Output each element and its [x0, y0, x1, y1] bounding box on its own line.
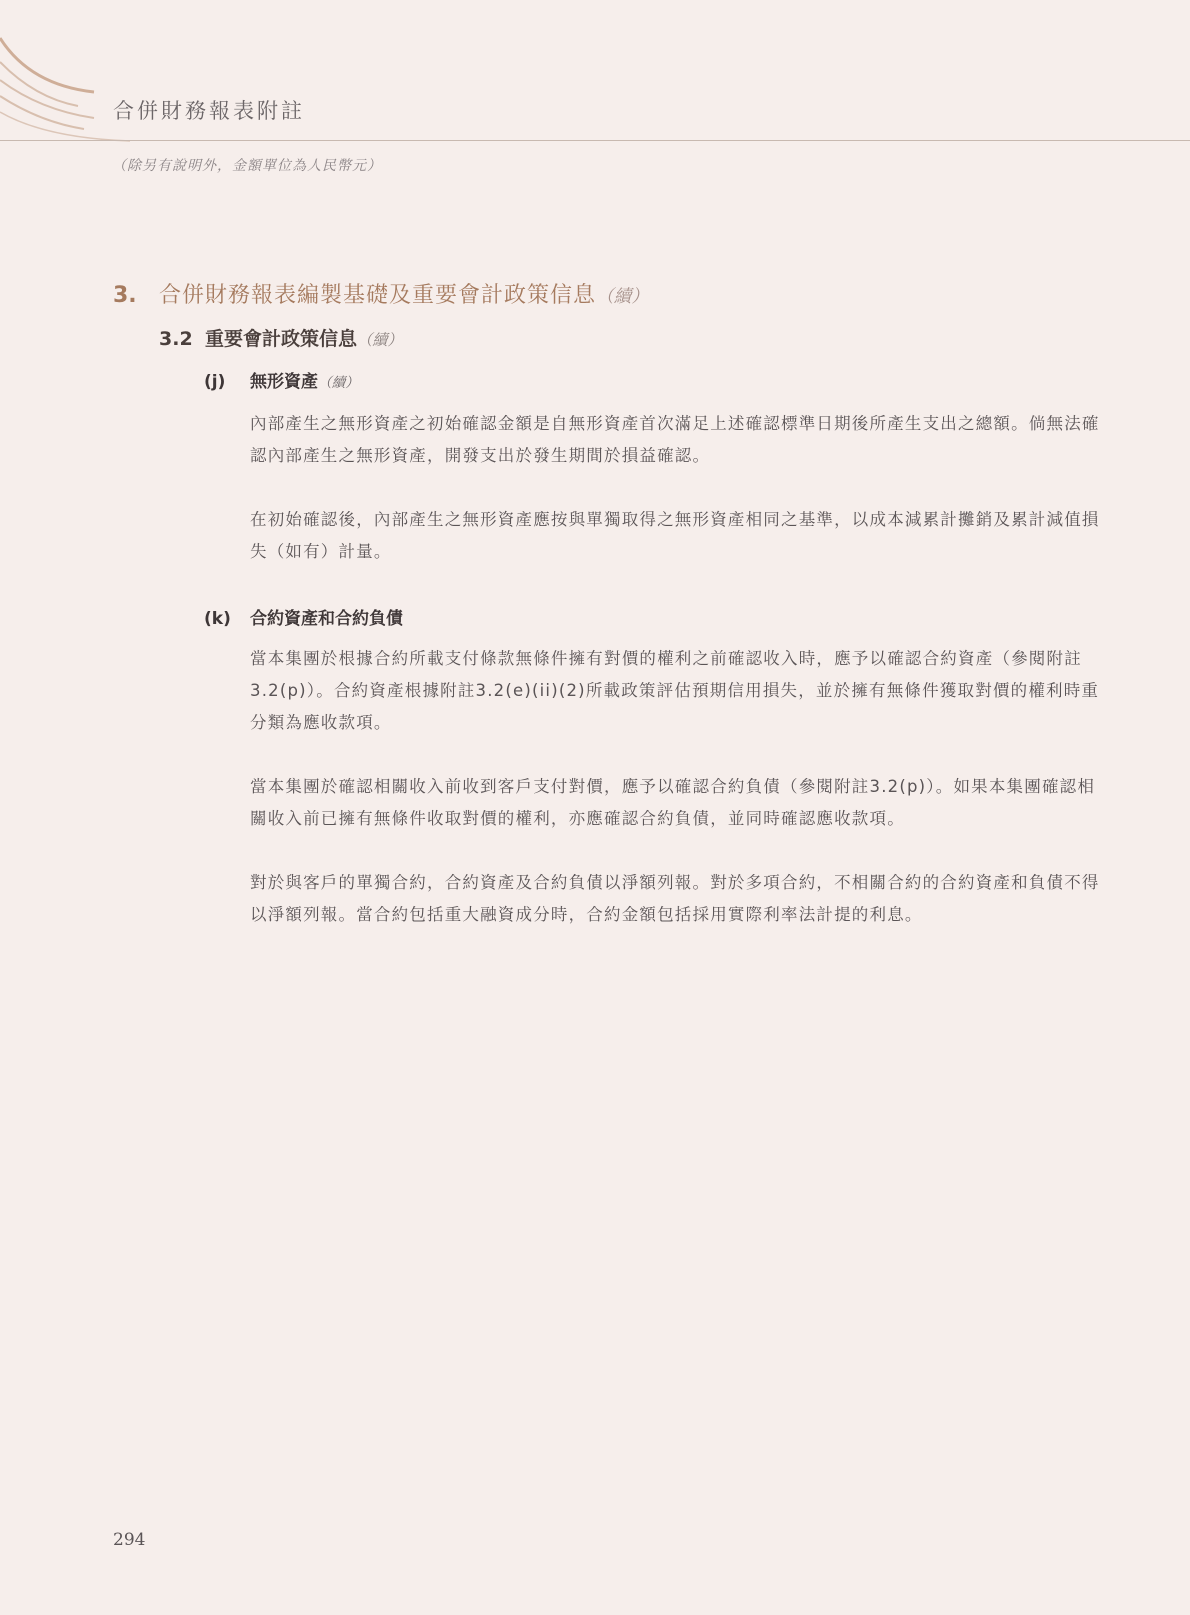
decorative-arc-lines-icon — [0, 0, 140, 150]
paragraph: 當本集團於確認相關收入前收到客戶支付對價，應予以確認合約負債（參閱附註3.2(p… — [250, 771, 1110, 835]
paragraph: 內部產生之無形資產之初始確認金額是自無形資產首次滿足上述確認標準日期後所產生支出… — [250, 408, 1110, 472]
running-title: 合併財務報表附註 — [113, 95, 305, 125]
page-number: 294 — [113, 1530, 145, 1550]
subsection-number: 3.2 — [159, 328, 205, 350]
header-divider — [0, 140, 1190, 141]
paragraph: 對於與客戶的單獨合約，合約資產及合約負債以淨額列報。對於多項合約，不相關合約的合… — [250, 867, 1110, 931]
paragraph: 在初始確認後，內部產生之無形資產應按與單獨取得之無形資產相同之基準，以成本減累計… — [250, 504, 1110, 568]
subsection-title: 重要會計政策信息 — [205, 328, 357, 350]
subsection-heading: 3.2重要會計政策信息（續） — [159, 324, 403, 351]
item-title: 合約資產和合約負債 — [250, 609, 403, 629]
item-continued: （續） — [318, 375, 359, 391]
item-label: (k) — [204, 609, 250, 629]
unit-note: （除另有說明外，金額單位為人民幣元） — [112, 155, 382, 175]
section-title: 合併財務報表編製基礎及重要會計政策信息 — [159, 283, 596, 308]
section-continued: （續） — [596, 287, 649, 307]
section-number: 3. — [113, 283, 159, 308]
item-label: (j) — [204, 372, 250, 392]
item-heading-j: (j)無形資產（續） — [204, 367, 359, 392]
item-heading-k: (k)合約資產和合約負債 — [204, 604, 403, 629]
section-heading: 3.合併財務報表編製基礎及重要會計政策信息（續） — [113, 278, 649, 309]
item-title: 無形資產 — [250, 372, 318, 392]
paragraph: 當本集團於根據合約所載支付條款無條件擁有對價的權利之前確認收入時，應予以確認合約… — [250, 643, 1110, 739]
subsection-continued: （續） — [357, 331, 403, 349]
